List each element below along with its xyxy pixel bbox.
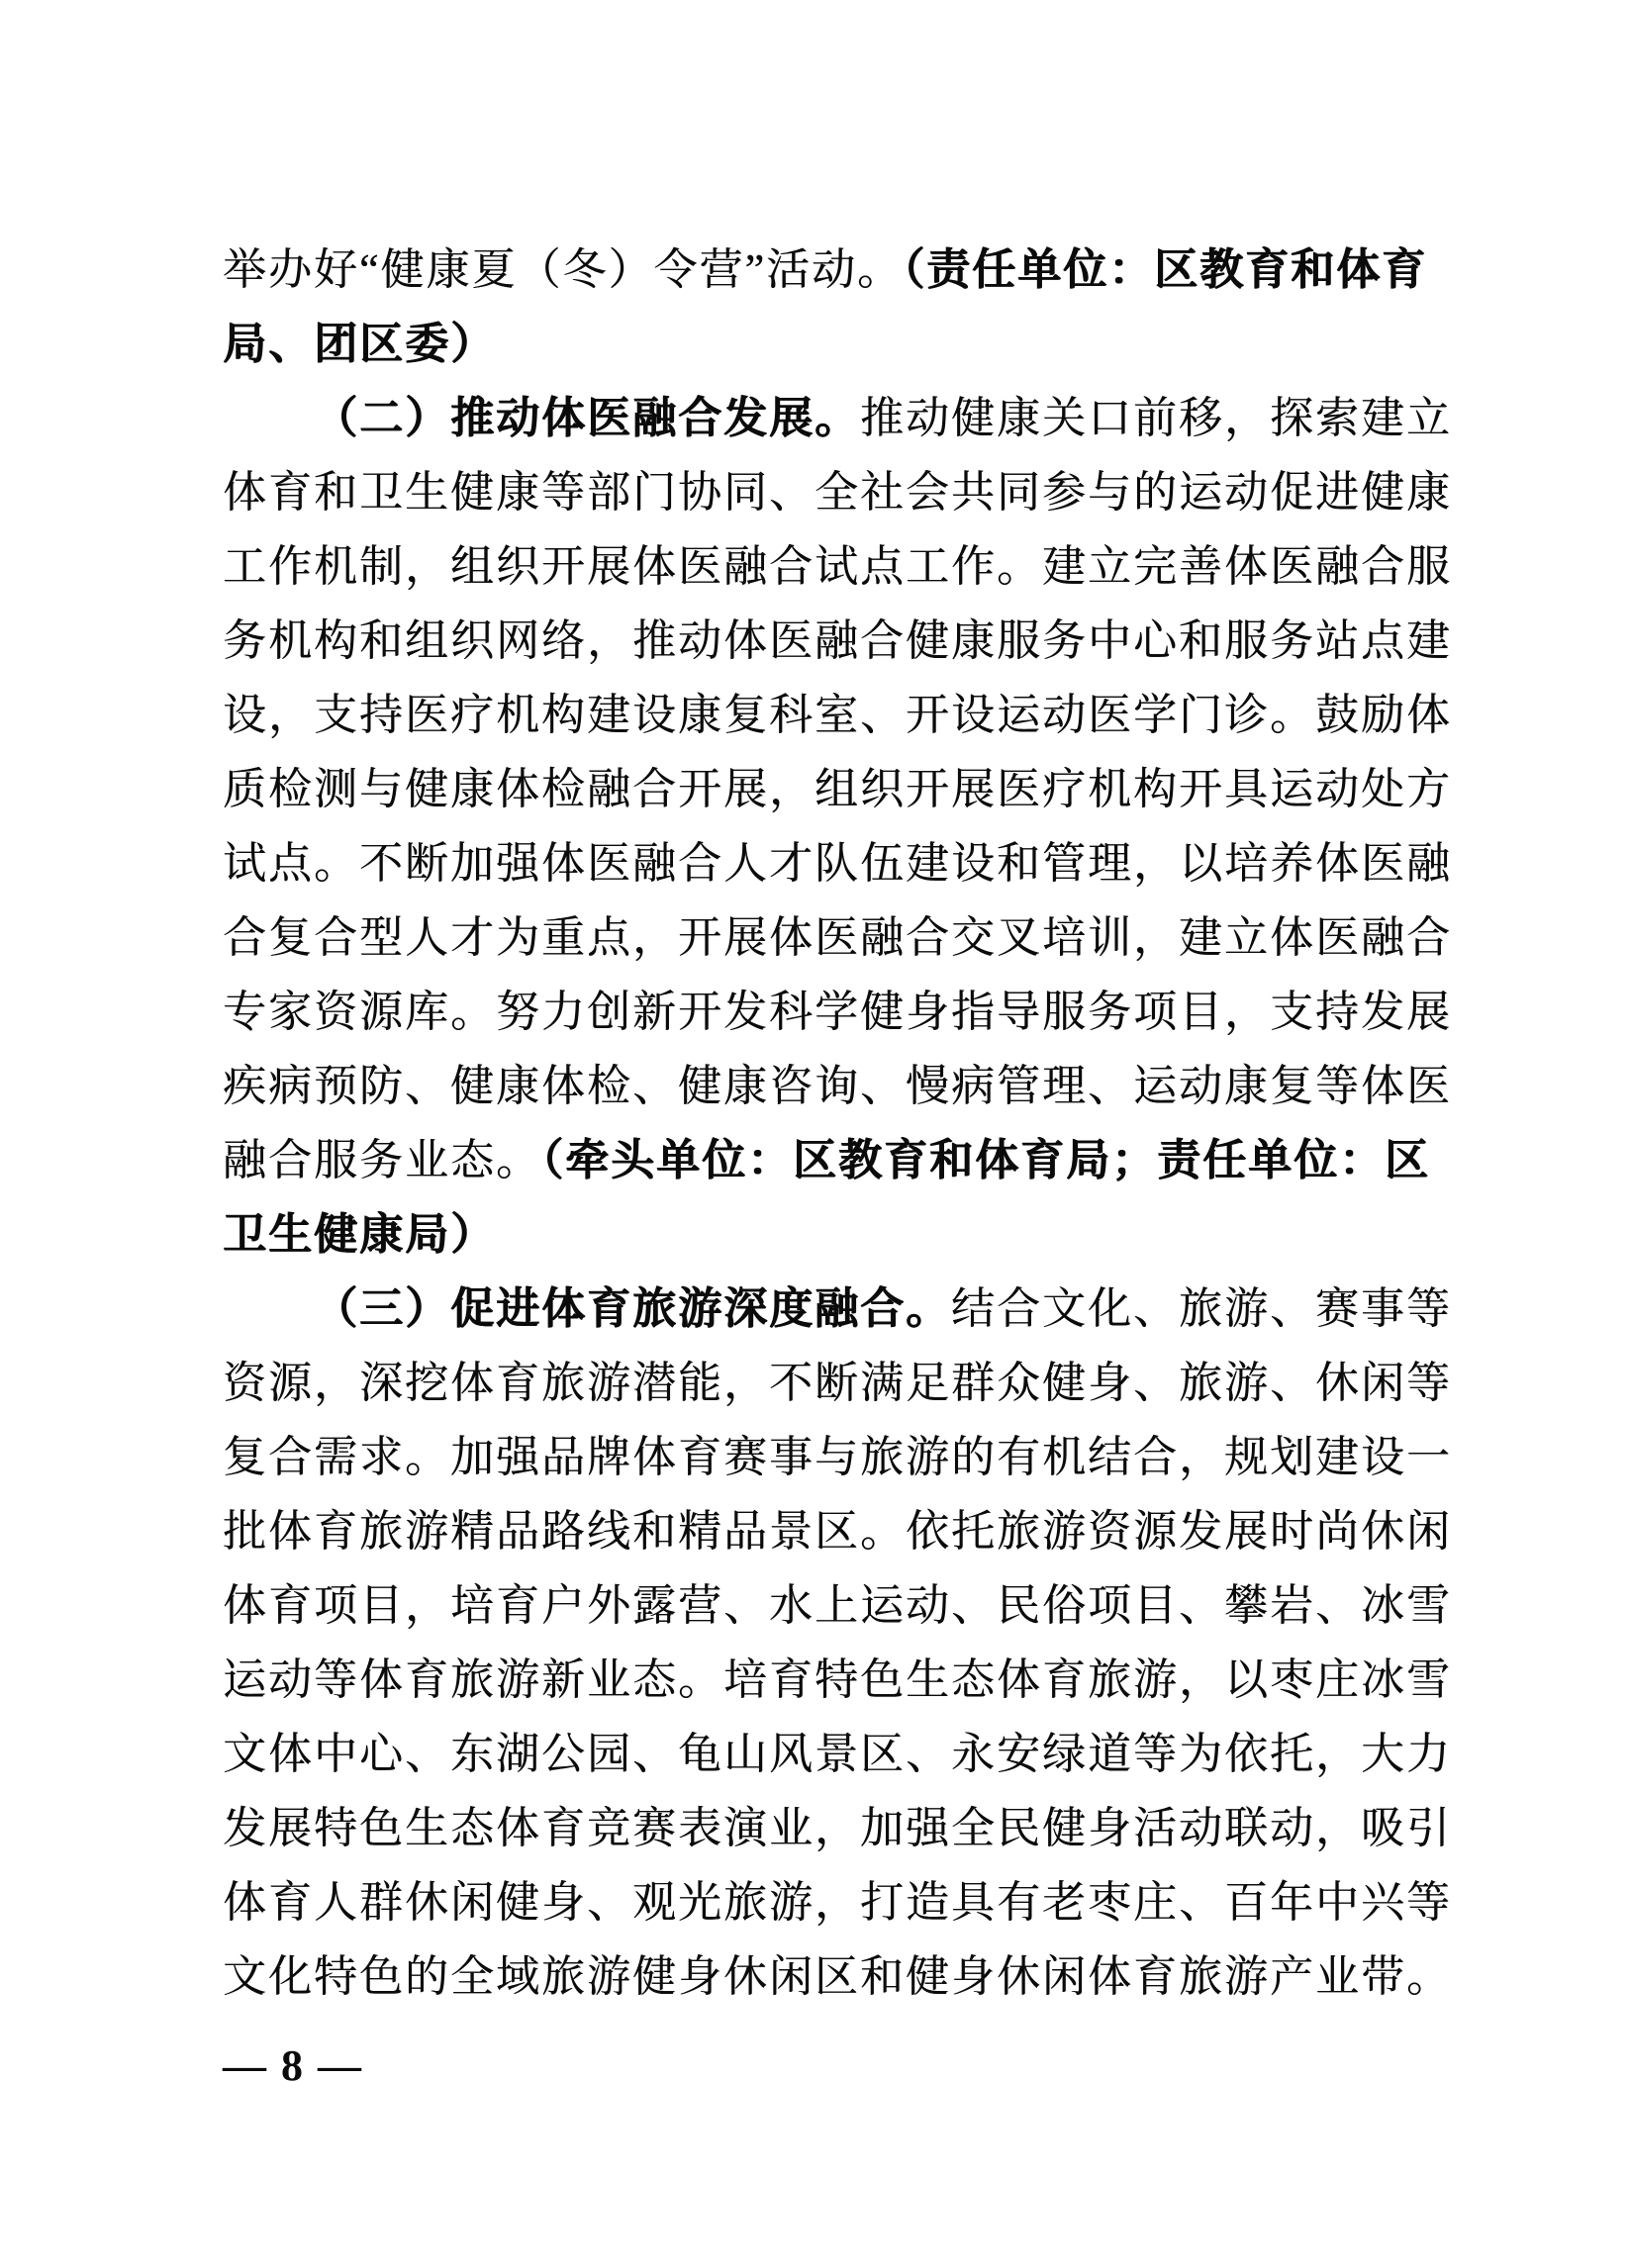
text-line-24: 文化特色的全域旅游健身休闲区和健身休闲体育旅游产业带。 [223, 1939, 1406, 2014]
body-text: 举办好“健康夏（冬）令营”活动。 [223, 245, 903, 294]
emphasis-text: 局、团区委） [223, 320, 496, 368]
text-line-13: 融合服务业态。（牵头单位：区教育和体育局；责任单位：区 [223, 1123, 1406, 1197]
text-line-11: 专家资源库。努力创新开发科学健身指导服务项目，支持发展 [223, 975, 1406, 1049]
text-line-21: 文体中心、东湖公园、龟山风景区、永安绿道等为依托，大力 [223, 1717, 1406, 1791]
emphasis-text: 卫生健康局） [223, 1210, 496, 1259]
text-line-17: 复合需求。加强品牌体育赛事与旅游的有机结合，规划建设一 [223, 1420, 1406, 1494]
body-text: 疾病预防、健康体检、健康咨询、慢病管理、运动康复等体医 [223, 1062, 1452, 1110]
body-text: 质检测与健康体检融合开展，组织开展医疗机构开具运动处方 [223, 765, 1452, 813]
body-text: 体育项目，培育户外露营、水上运动、民俗项目、攀岩、冰雪 [223, 1581, 1452, 1630]
body-text: 运动等体育旅游新业态。培育特色生态体育旅游，以枣庄冰雪 [223, 1655, 1452, 1704]
body-text: 融合服务业态。 [223, 1136, 541, 1184]
body-text: 资源，深挖体育旅游潜能，不断满足群众健身、旅游、休闲等 [223, 1359, 1452, 1407]
body-text: 批体育旅游精品路线和精品景区。依托旅游资源发展时尚休闲 [223, 1507, 1452, 1556]
text-line-14: 卫生健康局） [223, 1197, 1406, 1272]
body-text: 合复合型人才为重点，开展体医融合交叉培训，建立体医融合 [223, 913, 1452, 962]
text-line-8: 质检测与健康体检融合开展，组织开展医疗机构开具运动处方 [223, 752, 1406, 826]
text-line-6: 务机构和组织网络，推动体医融合健康服务中心和服务站点建 [223, 604, 1406, 678]
emphasis-text: （责任单位：区教育和体育 [903, 245, 1427, 294]
text-line-5: 工作机制，组织开展体医融合试点工作。建立完善体医融合服 [223, 529, 1406, 604]
text-line-19: 体育项目，培育户外露营、水上运动、民俗项目、攀岩、冰雪 [223, 1568, 1406, 1643]
text-block: 举办好“健康夏（冬）令营”活动。（责任单位：区教育和体育局、团区委）（二）推动体… [223, 233, 1406, 2014]
text-line-15: （三）促进体育旅游深度融合。结合文化、旅游、赛事等 [223, 1272, 1406, 1346]
text-line-23: 体育人群休闲健身、观光旅游，打造具有老枣庄、百年中兴等 [223, 1865, 1406, 1939]
text-line-3: （二）推动体医融合发展。推动健康关口前移，探索建立 [223, 381, 1406, 455]
body-text: 务机构和组织网络，推动体医融合健康服务中心和服务站点建 [223, 616, 1452, 665]
emphasis-text: （牵头单位：区教育和体育局；责任单位：区 [541, 1136, 1430, 1184]
body-text: 体育和卫生健康等部门协同、全社会共同参与的运动促进健康 [223, 468, 1452, 517]
text-line-4: 体育和卫生健康等部门协同、全社会共同参与的运动促进健康 [223, 455, 1406, 529]
text-line-18: 批体育旅游精品路线和精品景区。依托旅游资源发展时尚休闲 [223, 1494, 1406, 1568]
body-text: 发展特色生态体育竞赛表演业，加强全民健身活动联动，吸引 [223, 1804, 1452, 1852]
text-line-7: 设，支持医疗机构建设康复科室、开设运动医学门诊。鼓励体 [223, 678, 1406, 752]
body-text: 推动健康关口前移，探索建立 [860, 394, 1452, 442]
page-number: — 8 — [223, 2036, 363, 2096]
body-text: 文体中心、东湖公园、龟山风景区、永安绿道等为依托，大力 [223, 1730, 1452, 1778]
emphasis-text: （三）促进体育旅游深度融合。 [314, 1284, 951, 1333]
text-line-1: 举办好“健康夏（冬）令营”活动。（责任单位：区教育和体育 [223, 233, 1406, 307]
text-line-2: 局、团区委） [223, 307, 1406, 381]
body-text: 体育人群休闲健身、观光旅游，打造具有老枣庄、百年中兴等 [223, 1878, 1452, 1927]
body-text: 试点。不断加强体医融合人才队伍建设和管理，以培养体医融 [223, 839, 1452, 888]
body-text: 复合需求。加强品牌体育赛事与旅游的有机结合，规划建设一 [223, 1433, 1452, 1481]
body-text: 文化特色的全域旅游健身休闲区和健身休闲体育旅游产业带。 [223, 1952, 1452, 2001]
text-line-16: 资源，深挖体育旅游潜能，不断满足群众健身、旅游、休闲等 [223, 1346, 1406, 1420]
body-text: 工作机制，组织开展体医融合试点工作。建立完善体医融合服 [223, 542, 1452, 591]
text-line-12: 疾病预防、健康体检、健康咨询、慢病管理、运动康复等体医 [223, 1049, 1406, 1123]
body-text: 结合文化、旅游、赛事等 [951, 1284, 1452, 1333]
emphasis-text: （二）推动体医融合发展。 [314, 394, 860, 442]
body-text: 专家资源库。努力创新开发科学健身指导服务项目，支持发展 [223, 988, 1452, 1036]
text-line-10: 合复合型人才为重点，开展体医融合交叉培训，建立体医融合 [223, 900, 1406, 975]
text-line-22: 发展特色生态体育竞赛表演业，加强全民健身活动联动，吸引 [223, 1791, 1406, 1865]
body-text: 设，支持医疗机构建设康复科室、开设运动医学门诊。鼓励体 [223, 691, 1452, 739]
document-page: 举办好“健康夏（冬）令营”活动。（责任单位：区教育和体育局、团区委）（二）推动体… [0, 0, 1629, 2268]
text-line-9: 试点。不断加强体医融合人才队伍建设和管理，以培养体医融 [223, 826, 1406, 900]
text-line-20: 运动等体育旅游新业态。培育特色生态体育旅游，以枣庄冰雪 [223, 1643, 1406, 1717]
